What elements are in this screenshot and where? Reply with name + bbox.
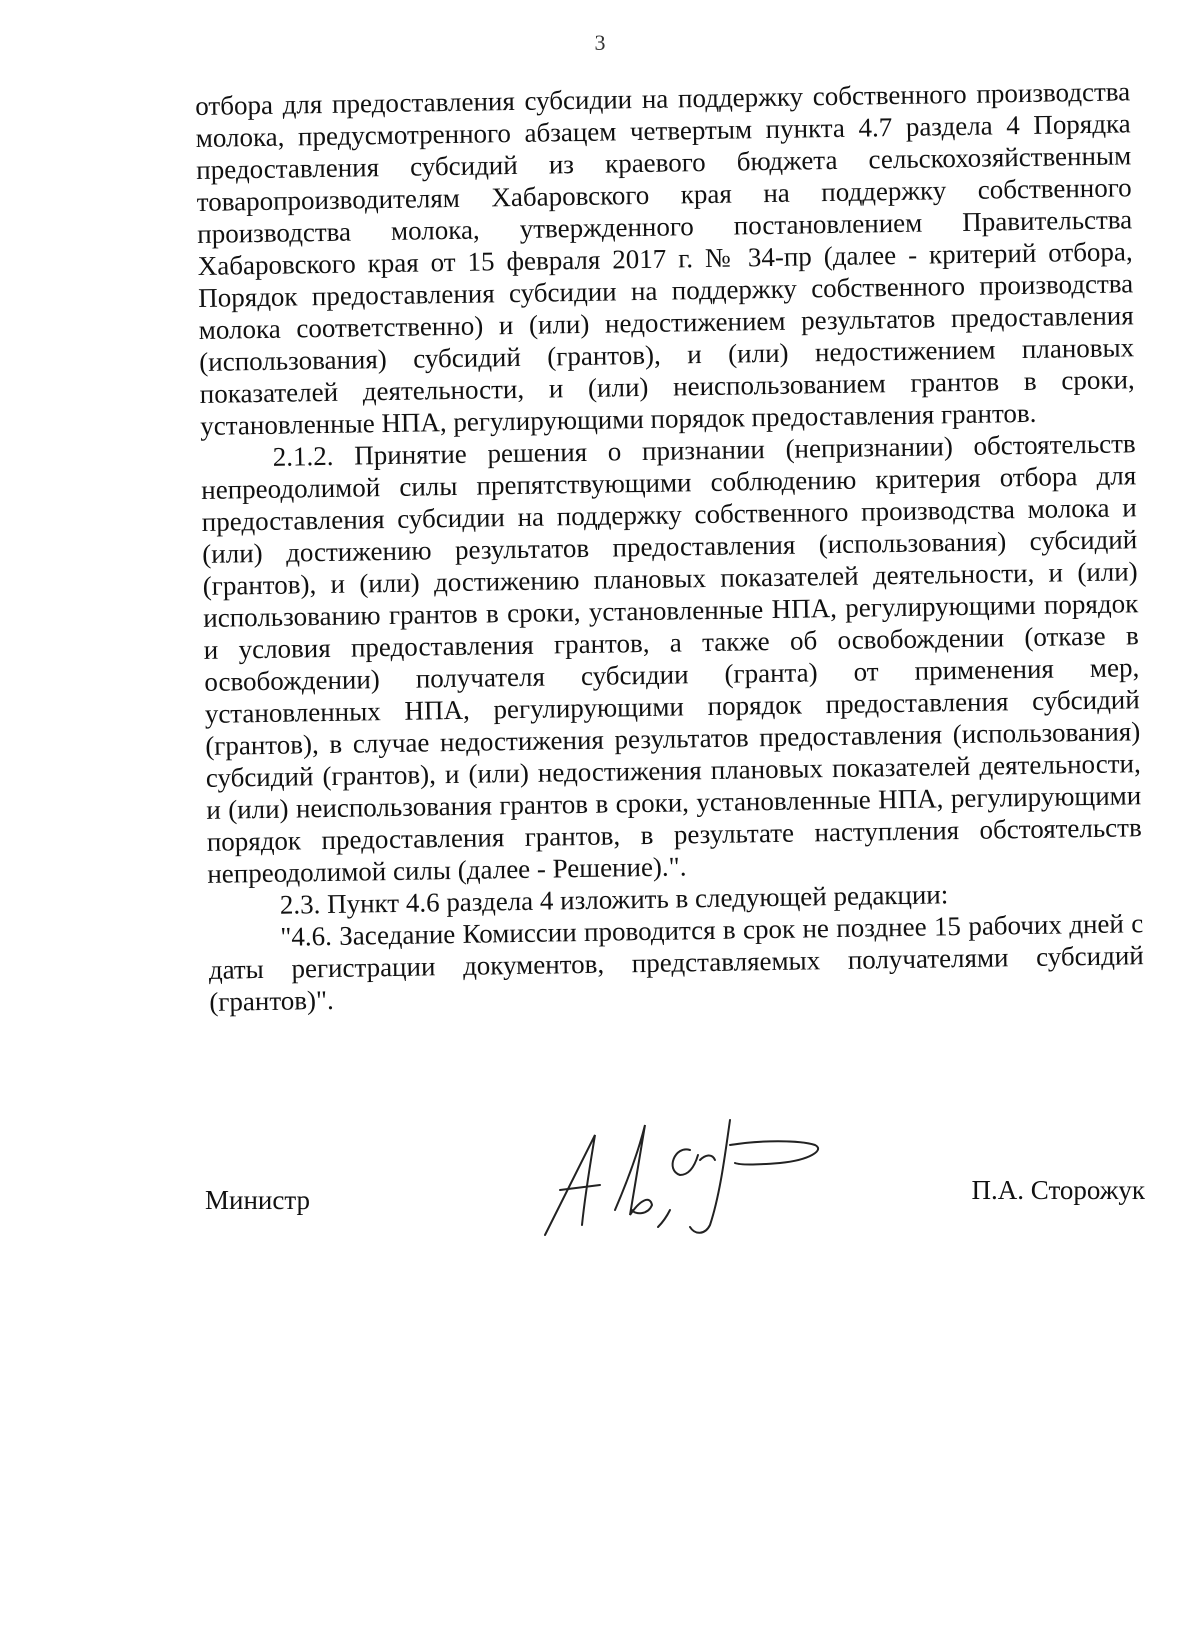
- paragraph-2-1-2: 2.1.2. Принятие решения о признании (неп…: [201, 427, 1143, 890]
- page-number: 3: [0, 30, 1200, 56]
- document-body: отбора для предоставления субсидии на по…: [195, 75, 1144, 1018]
- signatory-name: П.А. Сторожук: [972, 1175, 1145, 1206]
- signatory-title: Министр: [205, 1185, 310, 1216]
- paragraph-continuation: отбора для предоставления субсидии на по…: [195, 75, 1135, 442]
- handwritten-signature-icon: [540, 1115, 840, 1245]
- paragraph-4-6-quote: "4.6. Заседание Комиссии проводится в ср…: [208, 907, 1144, 1018]
